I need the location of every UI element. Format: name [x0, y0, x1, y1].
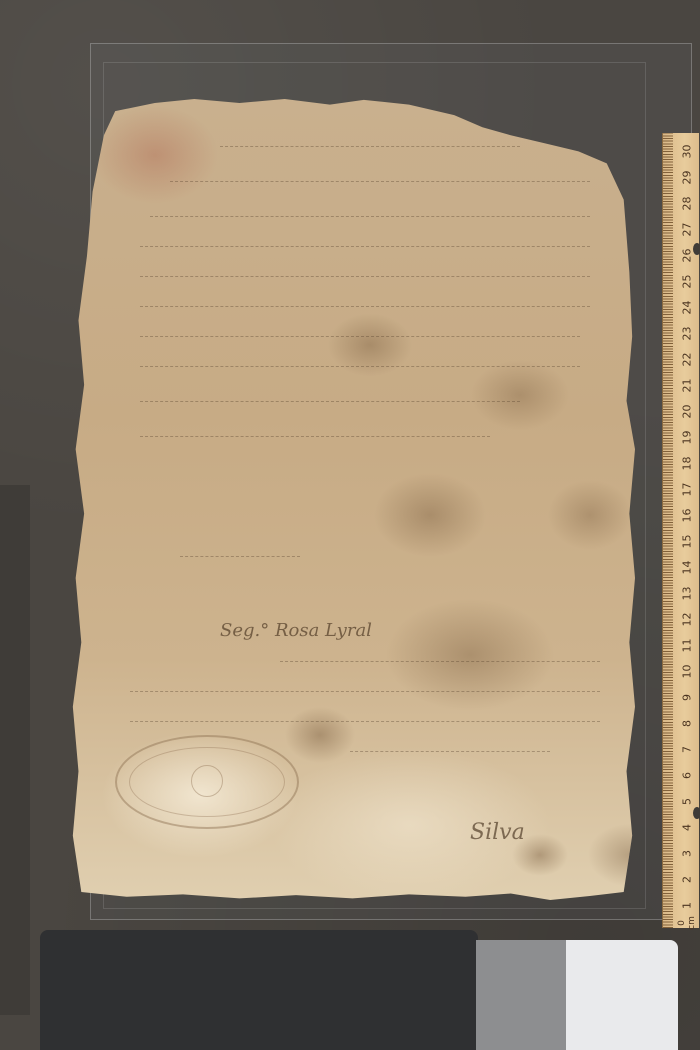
- ruler-label: 2: [681, 869, 694, 891]
- ruler-label: 12: [681, 609, 694, 631]
- handwriting-line: [140, 400, 520, 402]
- ruler-label: 16: [681, 505, 694, 527]
- ruler-label: 19: [681, 427, 694, 449]
- handwriting-line: [140, 335, 580, 337]
- ruler-hole: [693, 243, 700, 255]
- calibration-card-black: [40, 930, 478, 1050]
- ruler-label: 25: [681, 271, 694, 293]
- ruler-label: 10: [681, 661, 694, 683]
- ruler-label: 18: [681, 453, 694, 475]
- handwriting-line: [140, 245, 590, 247]
- ruler-label: 26: [681, 245, 694, 267]
- ruler-label: 21: [681, 375, 694, 397]
- handwriting-line: [130, 720, 600, 722]
- ruler-label: 17: [681, 479, 694, 501]
- manuscript-heading-text: Seg.° Rosa Lyral: [220, 620, 372, 641]
- ruler-label: 6: [681, 765, 694, 787]
- ruler-label: 11: [681, 635, 694, 657]
- measuring-ruler: 30 29 28 27 26 25 24 23 22 21 20 19 18 1…: [662, 133, 699, 928]
- ruler-label: 14: [681, 557, 694, 579]
- handwriting-line: [130, 690, 600, 692]
- ruler-ticks: [663, 133, 673, 928]
- handwriting-line: [150, 215, 590, 217]
- ruler-hole: [693, 807, 700, 819]
- ruler-label: 27: [681, 219, 694, 241]
- ruler-label: 7: [681, 739, 694, 761]
- handwriting-line: [140, 365, 580, 367]
- oval-stamp: [115, 735, 299, 829]
- ruler-label: 28: [681, 193, 694, 215]
- ruler-label: 9: [681, 687, 694, 709]
- ruler-label: 22: [681, 349, 694, 371]
- ruler-label: 4: [681, 817, 694, 839]
- ruler-label: 23: [681, 323, 694, 345]
- ruler-label: 20: [681, 401, 694, 423]
- calibration-card-gray: [476, 940, 571, 1050]
- ruler-label: 15: [681, 531, 694, 553]
- handwriting-line: [350, 750, 550, 752]
- handwriting-line: [170, 180, 590, 182]
- handwriting-line: [140, 275, 590, 277]
- stamp-seal-icon: [191, 765, 223, 797]
- calibration-card-white: [566, 940, 678, 1050]
- ruler-label: 3: [681, 843, 694, 865]
- handwriting-line: [180, 555, 300, 557]
- ruler-label: 5: [681, 791, 694, 813]
- ruler-label: 13: [681, 583, 694, 605]
- signature: Silva: [470, 820, 525, 845]
- ruler-unit-label: 0 cm: [677, 912, 697, 934]
- ruler-label: 8: [681, 713, 694, 735]
- manuscript-page: Seg.° Rosa Lyral Silva: [70, 95, 635, 900]
- background-panel: [0, 485, 30, 1015]
- ruler-label: 30: [681, 141, 694, 163]
- handwriting-line: [140, 305, 590, 307]
- ruler-label: 24: [681, 297, 694, 319]
- handwriting-line: [220, 145, 520, 147]
- handwriting-line: [140, 435, 490, 437]
- ruler-label: 29: [681, 167, 694, 189]
- handwriting-line: [280, 660, 600, 662]
